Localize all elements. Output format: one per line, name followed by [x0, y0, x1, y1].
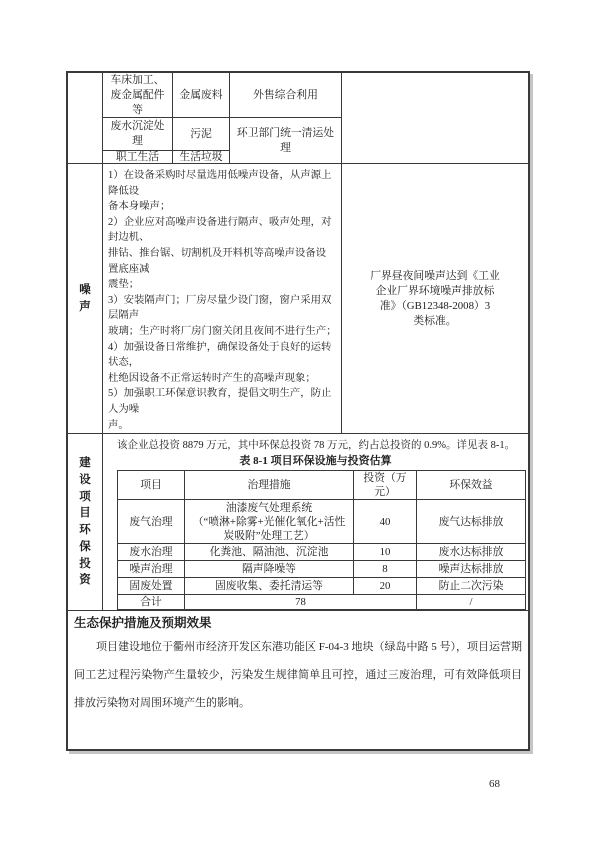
total-benefit-cell: /	[417, 595, 526, 610]
measure-cell: 隔声降噪等	[185, 561, 354, 578]
table-row: 噪声治理 隔声降噪等 8 噪声达标排放	[118, 561, 526, 578]
waste-source-cell: 职工生活	[103, 151, 173, 163]
table-row: 废气治理 油漆废气处理系统 （“喷淋+除雾+光催化氧化+活性 炭吸附”处理工艺）…	[118, 500, 526, 544]
benefit-cell: 废气达标排放	[417, 500, 526, 544]
noise-result-text: 厂界昼夜间噪声达到《工业 企业厂界环境噪声排放标 准》（GB12348-2008…	[342, 164, 528, 433]
total-label-cell: 合计	[118, 595, 185, 610]
eco-section-paragraph: 项目建设地位于衢州市经济开发区东港功能区 F-04-3 地块（绿岛中路 5 号）…	[74, 633, 522, 717]
item-cell: 固废处置	[118, 578, 185, 595]
waste-disposal-cell: 外售综合利用	[230, 73, 342, 118]
benefit-cell: 废水达标排放	[417, 544, 526, 561]
table-row: 废水治理 化粪池、隔油池、沉淀池 10 废水达标排放	[118, 544, 526, 561]
eco-section: 生态保护措施及预期效果 项目建设地位于衢州市经济开发区东港功能区 F-04-3 …	[68, 611, 528, 749]
investment-content: 该企业总投资 8879 万元，其中环保总投资 78 万元，约占总投资的 0.9%…	[103, 434, 528, 610]
document-page: 车床加工、废金属配件等 金属废料 外售综合利用 废水沉淀处理 污泥 环卫部门统一…	[0, 0, 595, 841]
solid-waste-category-cell	[68, 73, 103, 163]
waste-type-cell: 污泥	[173, 118, 230, 151]
waste-remark-cell	[342, 73, 528, 163]
investment-table-header-row: 项目 治理措施 投资（万元） 环保效益	[118, 471, 526, 500]
table-row: 固废处置 固废收集、委托清运等 20 防止二次污染	[118, 578, 526, 595]
investment-row-label: 建 设 项 目 环 保 投 资	[68, 434, 103, 610]
benefit-cell: 防止二次污染	[417, 578, 526, 595]
header-cost: 投资（万元）	[354, 471, 417, 500]
cost-cell: 40	[354, 500, 417, 544]
header-item: 项目	[118, 471, 185, 500]
table-total-row: 合计 78 /	[118, 595, 526, 610]
cost-cell: 8	[354, 561, 417, 578]
cost-cell: 20	[354, 578, 417, 595]
measure-cell: 油漆废气处理系统 （“喷淋+除雾+光催化氧化+活性 炭吸附”处理工艺）	[185, 500, 354, 544]
cost-cell: 10	[354, 544, 417, 561]
eco-section-title: 生态保护措施及预期效果	[74, 615, 522, 631]
investment-table: 项目 治理措施 投资（万元） 环保效益 废气治理 油漆废气处理系统 （“喷淋+除…	[117, 470, 526, 610]
noise-row-label: 噪 声	[68, 164, 103, 433]
measure-cell: 固废收集、委托清运等	[185, 578, 354, 595]
item-cell: 废气治理	[118, 500, 185, 544]
measure-cell: 化粪池、隔油池、沉淀池	[185, 544, 354, 561]
benefit-cell: 噪声达标排放	[417, 561, 526, 578]
eia-form-table: 车床加工、废金属配件等 金属废料 外售综合利用 废水沉淀处理 污泥 环卫部门统一…	[66, 71, 530, 751]
solid-waste-table: 车床加工、废金属配件等 金属废料 外售综合利用 废水沉淀处理 污泥 环卫部门统一…	[68, 73, 528, 164]
noise-measures-text: 1）在设备采购时尽量选用低噪声设备，从声源上 降低设 备本身噪声； 2）企业应对…	[103, 164, 342, 433]
waste-disposal-cell: 环卫部门统一清运处理	[230, 118, 342, 163]
waste-type-cell: 金属废料	[173, 73, 230, 118]
item-cell: 噪声治理	[118, 561, 185, 578]
waste-type-cell: 生活垃圾	[173, 151, 230, 163]
waste-source-cell: 车床加工、废金属配件等	[103, 73, 173, 118]
investment-intro-text: 该企业总投资 8879 万元，其中环保总投资 78 万元，约占总投资的 0.9%…	[103, 434, 528, 453]
waste-source-cell: 废水沉淀处理	[103, 118, 173, 151]
noise-section: 噪 声 1）在设备采购时尽量选用低噪声设备，从声源上 降低设 备本身噪声； 2）…	[68, 164, 528, 434]
item-cell: 废水治理	[118, 544, 185, 561]
investment-section: 建 设 项 目 环 保 投 资 该企业总投资 8879 万元，其中环保总投资 7…	[68, 434, 528, 611]
header-benefit: 环保效益	[417, 471, 526, 500]
total-value-cell: 78	[185, 595, 417, 610]
table-8-1-title: 表 8-1 项目环保设施与投资估算	[103, 455, 528, 468]
header-measure: 治理措施	[185, 471, 354, 500]
page-number: 68	[489, 778, 500, 790]
